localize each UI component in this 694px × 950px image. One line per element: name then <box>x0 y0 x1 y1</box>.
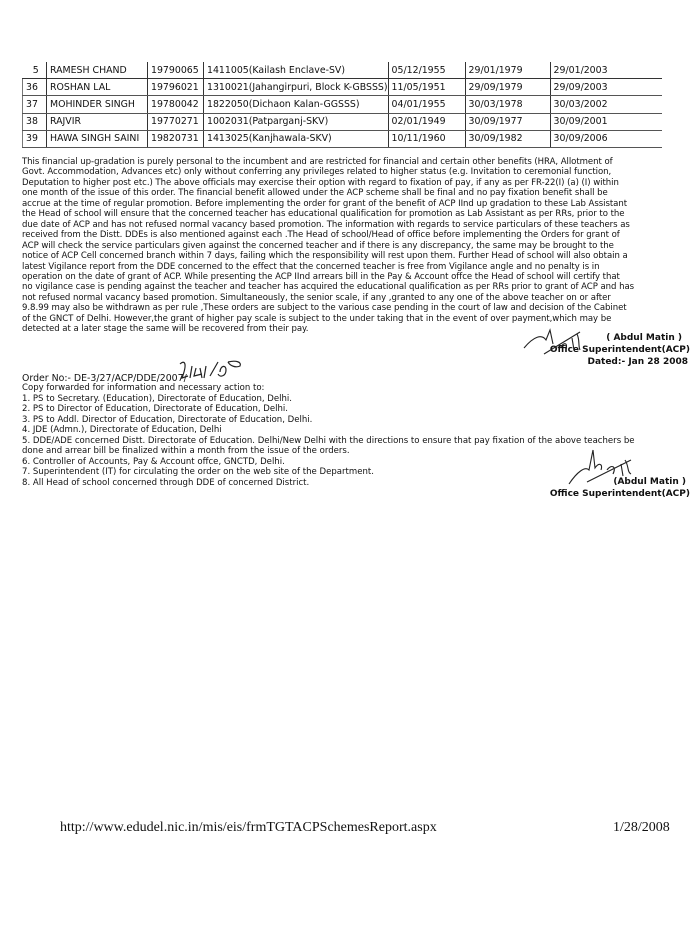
paragraph-line: Govt. Accommodation, Advances etc) only … <box>22 167 686 177</box>
paragraph-line: no vigilance case is pending against the… <box>22 282 686 292</box>
acp-date-cell: 30/03/2002 <box>550 96 662 113</box>
table-row: 36ROSHAN LAL197960211310021(Jahangirpuri… <box>23 79 663 96</box>
teacher-name-cell: RAMESH CHAND <box>47 62 148 79</box>
employee-id-cell: 19820731 <box>148 130 204 147</box>
date-of-joining-cell: 30/09/1982 <box>465 130 550 147</box>
date-of-birth-cell: 04/01/1955 <box>388 96 465 113</box>
copy-recipient-line: 5. DDE/ADE concerned Distt. Directorate … <box>22 436 692 447</box>
table-row: 39HAWA SINGH SAINI198207311413025(Kanjha… <box>23 130 663 147</box>
acp-date-cell: 29/09/2003 <box>550 79 662 96</box>
acp-teachers-table: 5RAMESH CHAND197900651411005(Kailash Enc… <box>22 62 662 148</box>
teacher-name-cell: HAWA SINGH SAINI <box>47 130 148 147</box>
paragraph-line: received from the Distt. DDEs is also me… <box>22 230 686 240</box>
school-cell: 1310021(Jahangirpuri, Block K-GBSSS) <box>204 79 389 96</box>
footer-date: 1/28/2008 <box>613 820 670 836</box>
copy-recipient-line: 4. JDE (Admn.), Directorate of Education… <box>22 425 692 436</box>
teacher-name-cell: RAJVIR <box>47 113 148 130</box>
table-row: 37MOHINDER SINGH197800421822050(Dichaon … <box>23 96 663 113</box>
serial-number-cell: 5 <box>23 62 47 79</box>
copy-recipient-line: 1. PS to Secretary. (Education), Directo… <box>22 394 692 405</box>
paragraph-line: Deputation to higher post etc.) The abov… <box>22 178 686 188</box>
date-of-joining-cell: 30/03/1978 <box>465 96 550 113</box>
teacher-name-cell: ROSHAN LAL <box>47 79 148 96</box>
school-cell: 1413025(Kanjhawala-SKV) <box>204 130 389 147</box>
document-page: 5RAMESH CHAND197900651411005(Kailash Enc… <box>0 0 694 950</box>
paragraph-line: one month of the issue of this order. Th… <box>22 188 686 198</box>
serial-number-cell: 36 <box>23 79 47 96</box>
copy-forwarded-heading: Copy forwarded for information and neces… <box>22 383 692 394</box>
signatory-designation: Office Superintendent(ACP) <box>530 488 690 500</box>
signatory-name: (Abdul Matin ) <box>530 476 690 488</box>
school-cell: 1822050(Dichaon Kalan-GGSSS) <box>204 96 389 113</box>
terms-paragraph: This financial up-gradation is purely pe… <box>22 157 686 335</box>
handwritten-signature-icon <box>520 326 595 358</box>
paragraph-line: notice of ACP Cell concerned branch with… <box>22 251 686 261</box>
paragraph-line: the Head of school will ensure that the … <box>22 209 686 219</box>
date-of-joining-cell: 29/01/1979 <box>465 62 550 79</box>
employee-id-cell: 19796021 <box>148 79 204 96</box>
copy-recipient-line: 2. PS to Director of Education, Director… <box>22 404 692 415</box>
table-row: 38RAJVIR197702711002031(Patparganj-SKV)0… <box>23 113 663 130</box>
paragraph-line: not refused normal vacancy based promoti… <box>22 293 686 303</box>
table-row: 5RAMESH CHAND197900651411005(Kailash Enc… <box>23 62 663 79</box>
teacher-name-cell: MOHINDER SINGH <box>47 96 148 113</box>
school-cell: 1002031(Patparganj-SKV) <box>204 113 389 130</box>
employee-id-cell: 19770271 <box>148 113 204 130</box>
paragraph-line: of the GNCT of Delhi. However,the grant … <box>22 314 686 324</box>
serial-number-cell: 38 <box>23 113 47 130</box>
employee-id-cell: 19790065 <box>148 62 204 79</box>
date-of-birth-cell: 05/12/1955 <box>388 62 465 79</box>
date-of-joining-cell: 30/09/1977 <box>465 113 550 130</box>
paragraph-line: ACP will check the service particulars g… <box>22 241 686 251</box>
serial-number-cell: 37 <box>23 96 47 113</box>
footer-url: http://www.edudel.nic.in/mis/eis/frmTGTA… <box>60 820 437 836</box>
paragraph-line: 9.8.99 may also be withdrawn as per rule… <box>22 303 686 313</box>
handwritten-order-number-icon <box>176 358 246 380</box>
acp-date-cell: 29/01/2003 <box>550 62 662 79</box>
paragraph-line: due date of ACP and has not refused norm… <box>22 220 686 230</box>
date-of-birth-cell: 10/11/1960 <box>388 130 465 147</box>
paragraph-line: latest Vigilance report from the DDE con… <box>22 262 686 272</box>
copy-recipient-line: 3. PS to Addl. Director of Education, Di… <box>22 415 692 426</box>
acp-date-cell: 30/09/2001 <box>550 113 662 130</box>
school-cell: 1411005(Kailash Enclave-SV) <box>204 62 389 79</box>
signature-block-2: (Abdul Matin ) Office Superintendent(ACP… <box>530 476 690 500</box>
date-of-birth-cell: 02/01/1949 <box>388 113 465 130</box>
paragraph-line: operation on the date of grant of ACP. W… <box>22 272 686 282</box>
employee-id-cell: 19780042 <box>148 96 204 113</box>
date-of-joining-cell: 29/09/1979 <box>465 79 550 96</box>
acp-date-cell: 30/09/2006 <box>550 130 662 147</box>
paragraph-line: accrue at the time of regular promotion.… <box>22 199 686 209</box>
paragraph-line: This financial up-gradation is purely pe… <box>22 157 686 167</box>
date-of-birth-cell: 11/05/1951 <box>388 79 465 96</box>
serial-number-cell: 39 <box>23 130 47 147</box>
